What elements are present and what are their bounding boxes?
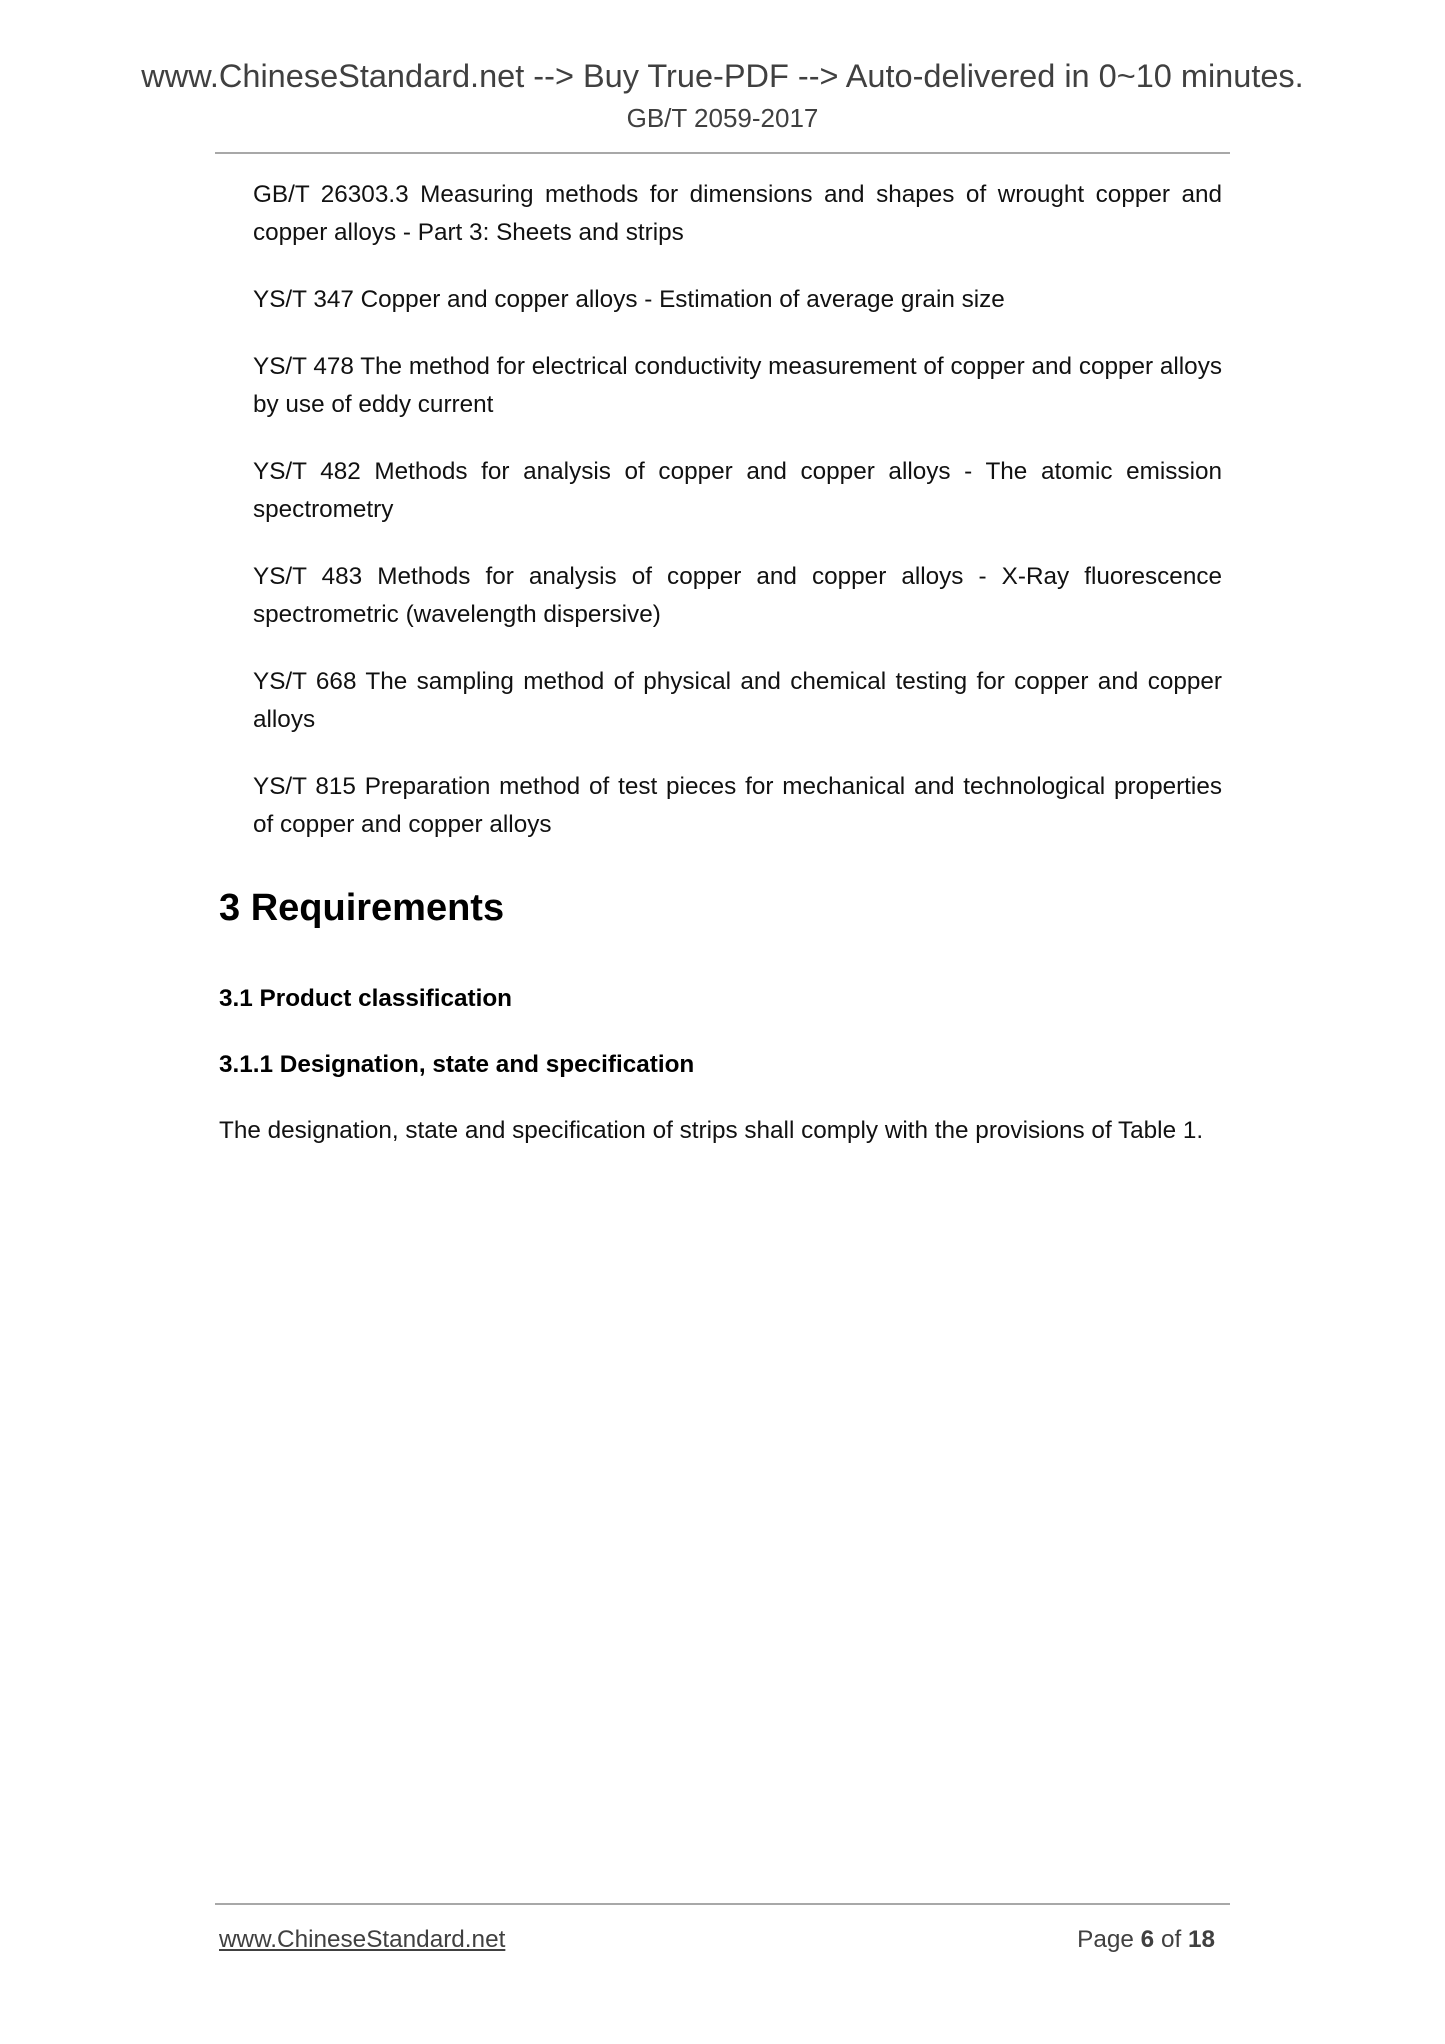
header-banner: www.ChineseStandard.net --> Buy True-PDF… — [0, 56, 1445, 96]
page-of: of — [1161, 1926, 1181, 1953]
header-divider — [215, 152, 1230, 154]
subsection-heading: 3.1 Product classification — [219, 984, 512, 1014]
reference-item: YS/T 668 The sampling method of physical… — [253, 663, 1222, 739]
body-paragraph: The designation, state and specification… — [219, 1112, 1222, 1150]
document-page: www.ChineseStandard.net --> Buy True-PDF… — [0, 0, 1445, 2044]
footer-divider — [215, 1903, 1230, 1905]
page-total: 18 — [1188, 1926, 1215, 1953]
footer-website-link[interactable]: www.ChineseStandard.net — [219, 1925, 505, 1955]
header-standard-id: GB/T 2059-2017 — [0, 102, 1445, 134]
reference-item: YS/T 478 The method for electrical condu… — [253, 348, 1222, 424]
reference-item: YS/T 482 Methods for analysis of copper … — [253, 453, 1222, 529]
page-prefix: Page — [1077, 1926, 1134, 1953]
reference-item: YS/T 347 Copper and copper alloys - Esti… — [253, 281, 1222, 319]
page-number: Page 6 of 18 — [1077, 1925, 1215, 1955]
normative-references-list: GB/T 26303.3 Measuring methods for dimen… — [253, 176, 1222, 844]
reference-item: GB/T 26303.3 Measuring methods for dimen… — [253, 176, 1222, 252]
reference-item: YS/T 483 Methods for analysis of copper … — [253, 558, 1222, 634]
page-current: 6 — [1141, 1926, 1155, 1953]
reference-item: YS/T 815 Preparation method of test piec… — [253, 768, 1222, 844]
subsubsection-heading: 3.1.1 Designation, state and specificati… — [219, 1050, 694, 1080]
section-heading: 3 Requirements — [219, 885, 504, 931]
